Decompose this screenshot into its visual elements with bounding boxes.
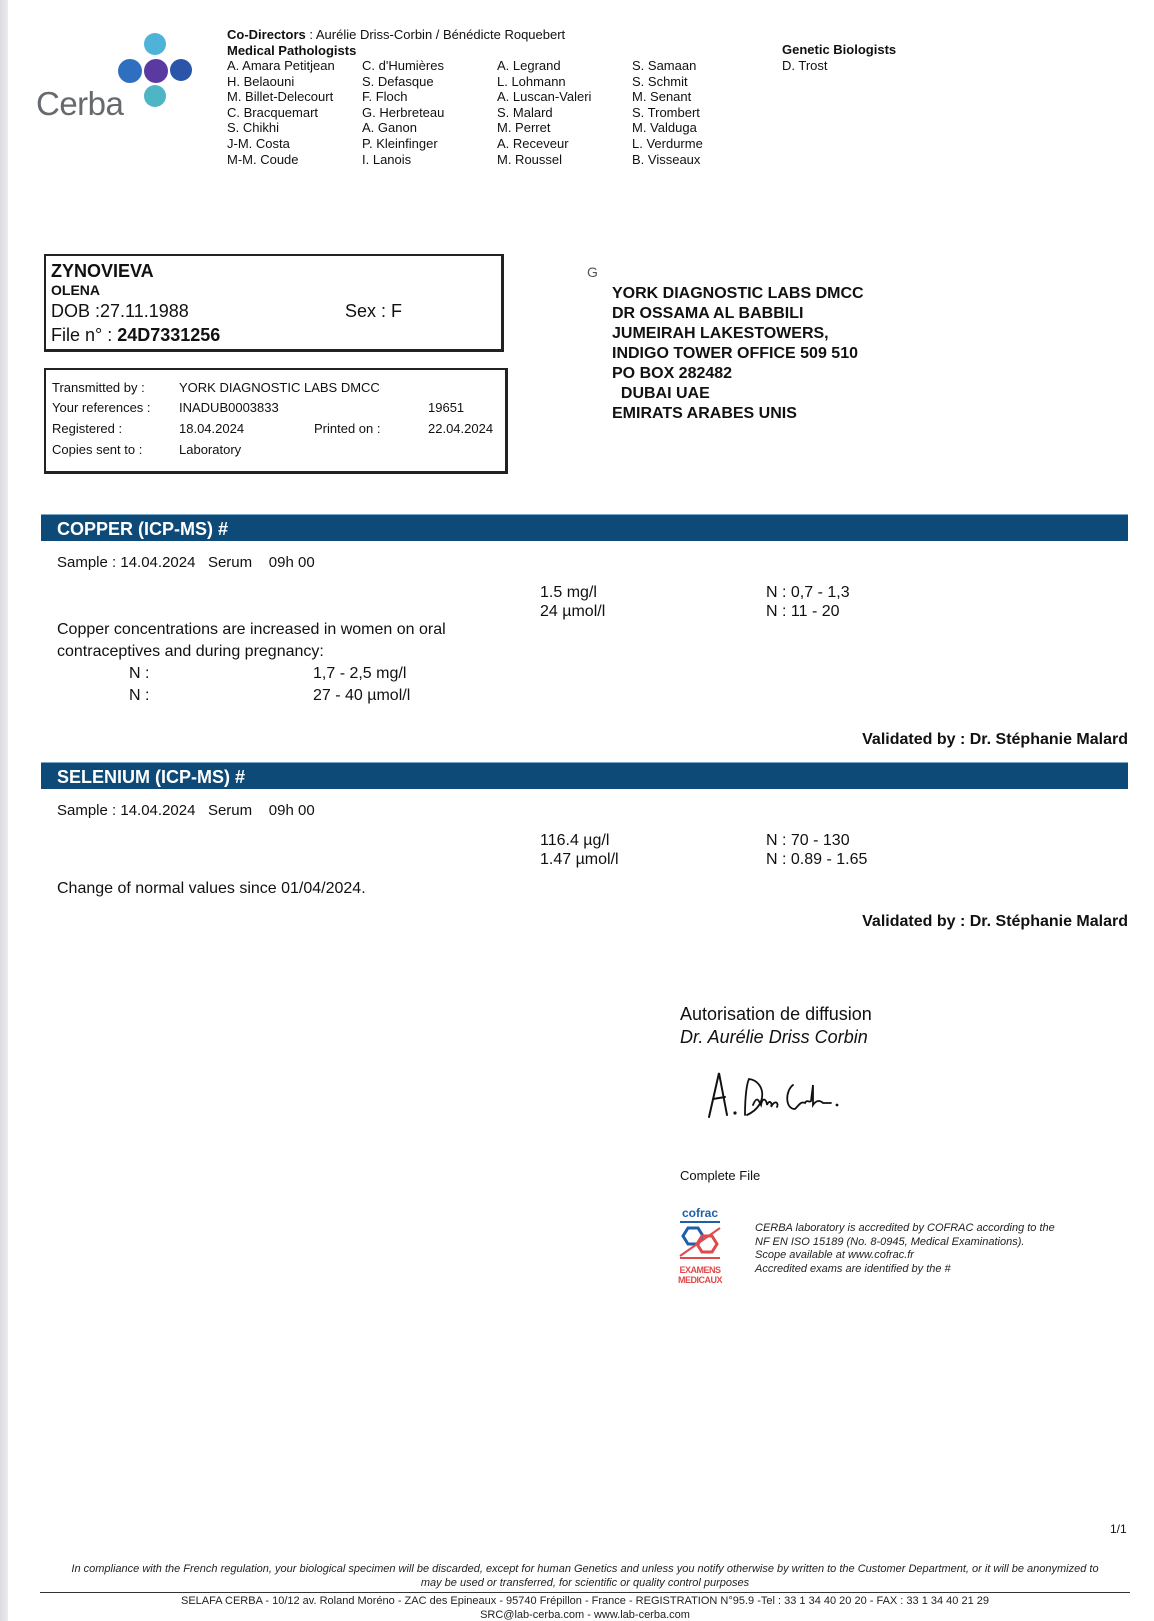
pathologist-name: M. Valduga [632, 120, 703, 136]
footer-divider [40, 1592, 1130, 1593]
page-number: 1/1 [1110, 1522, 1127, 1536]
accreditation-text: CERBA laboratory is accredited by COFRAC… [755, 1222, 1055, 1276]
pathologist-name: B. Visseaux [632, 152, 703, 168]
patient-dob-row: DOB :27.11.1988 Sex : F [51, 299, 501, 323]
file-number: 24D7331256 [117, 325, 220, 345]
pathologist-name: S. Chikhi [227, 120, 335, 136]
copper-norm-value-2: 27 - 40 µmol/l [313, 685, 410, 707]
copper-result-mg: 1.5 mg/l [540, 583, 597, 602]
cerba-logo: Cerba [36, 30, 196, 125]
legal-notice: In compliance with the French regulation… [40, 1563, 1130, 1590]
selenium-ref-ug: N : 70 - 130 [766, 831, 850, 850]
footer-address: SELAFA CERBA - 10/12 av. Roland Moréno -… [40, 1594, 1130, 1621]
pathologist-name: M. Billet-Delecourt [227, 89, 335, 105]
copper-norm-label-2: N : [129, 685, 149, 707]
pathologists-column-1: A. Amara PetitjeanH. BelaouniM. Billet-D… [227, 58, 335, 167]
selenium-sample-info: Sample : 14.04.2024 Serum 09h 00 [57, 802, 315, 819]
pathologist-name: P. Kleinfinger [362, 136, 444, 152]
pathologist-name: M. Roussel [497, 152, 591, 168]
pathologist-name: F. Floch [362, 89, 444, 105]
copper-sample-info: Sample : 14.04.2024 Serum 09h 00 [57, 554, 315, 571]
copper-norm-value-1: 1,7 - 2,5 mg/l [313, 663, 406, 685]
logo-dot-right [170, 59, 192, 81]
pathologist-name: A. Amara Petitjean [227, 58, 335, 74]
logo-dot-center [144, 59, 168, 83]
logo-dot-bottom [144, 85, 166, 107]
pathologist-name: M. Perret [497, 120, 591, 136]
pathologist-name: S. Malard [497, 105, 591, 121]
copper-comment: Copper concentrations are increased in w… [57, 619, 497, 663]
pathologist-name: C. Bracquemart [227, 105, 335, 121]
signature-image [705, 1065, 845, 1135]
selenium-validated-by: Validated by : Dr. Stéphanie Malard [862, 913, 1128, 931]
pathologists-column-2: C. d'HumièresS. DefasqueF. FlochG. Herbr… [362, 58, 444, 167]
logo-dot-top [144, 33, 166, 55]
pathologists-column-4: S. SamaanS. SchmitM. SenantS. TrombertM.… [632, 58, 703, 167]
pathologist-name: A. Ganon [362, 120, 444, 136]
pathologists-column-3: A. LegrandL. LohmannA. Luscan-ValeriS. M… [497, 58, 591, 167]
complete-file-label: Complete File [680, 1168, 760, 1183]
pathologist-name: S. Samaan [632, 58, 703, 74]
pathologist-name: H. Belaouni [227, 74, 335, 90]
pathologist-name: A. Receveur [497, 136, 591, 152]
section-copper-header: COPPER (ICP-MS) # [41, 514, 1128, 541]
transmission-info-box: Transmitted by : YORK DIAGNOSTIC LABS DM… [44, 368, 508, 474]
pathologist-name: J-M. Costa [227, 136, 335, 152]
patient-dob: 27.11.1988 [100, 301, 189, 321]
selenium-result-umol: 1.47 µmol/l [540, 850, 619, 869]
copper-ref-umol: N : 11 - 20 [766, 602, 840, 621]
patient-sex: Sex : F [345, 299, 402, 323]
copper-validated-by: Validated by : Dr. Stéphanie Malard [862, 731, 1128, 749]
co-directors: Co-Directors : Aurélie Driss-Corbin / Bé… [227, 27, 565, 58]
pathologist-name: I. Lanois [362, 152, 444, 168]
pathologist-name: A. Legrand [497, 58, 591, 74]
authorization-title: Autorisation de diffusion [680, 1004, 872, 1025]
patient-last-name: ZYNOVIEVA [51, 261, 501, 281]
cofrac-emblem-icon [678, 1220, 722, 1260]
pathologist-name: C. d'Humières [362, 58, 444, 74]
copper-ref-mg: N : 0,7 - 1,3 [766, 583, 850, 602]
cofrac-logo: cofrac EXAMENS MEDICAUX [678, 1207, 722, 1283]
patient-first-name: OLENA [51, 281, 501, 299]
pathologist-name: G. Herbreteau [362, 105, 444, 121]
selenium-comment: Change of normal values since 01/04/2024… [57, 878, 366, 900]
copper-norm-label-1: N : [129, 663, 149, 685]
section-selenium-header: SELENIUM (ICP-MS) # [41, 762, 1128, 789]
authorizing-doctor: Dr. Aurélie Driss Corbin [680, 1027, 868, 1048]
recipient-address: YORK DIAGNOSTIC LABS DMCC DR OSSAMA AL B… [612, 284, 864, 424]
pathologist-name: L. Verdurme [632, 136, 703, 152]
selenium-result-ug: 116.4 µg/l [540, 831, 609, 850]
genetic-biologists: Genetic Biologists D. Trost [782, 42, 896, 73]
logo-text: Cerba [36, 85, 123, 123]
pathologist-name: A. Luscan-Valeri [497, 89, 591, 105]
pathologist-name: M-M. Coude [227, 152, 335, 168]
pathologist-name: S. Defasque [362, 74, 444, 90]
logo-dot-left [118, 59, 142, 83]
footer-contact-link[interactable]: SRC@lab-cerba.com - www.lab-cerba.com [40, 1608, 1130, 1621]
pathologist-name: S. Trombert [632, 105, 703, 121]
patient-file-row: File n° : 24D7331256 [51, 323, 501, 347]
pathologist-name: L. Lohmann [497, 74, 591, 90]
copper-result-umol: 24 µmol/l [540, 602, 605, 621]
patient-box: ZYNOVIEVA OLENA DOB :27.11.1988 Sex : F … [44, 254, 504, 352]
medical-pathologists-heading: Medical Pathologists [227, 43, 356, 58]
pathologist-name: S. Schmit [632, 74, 703, 90]
selenium-ref-umol: N : 0.89 - 1.65 [766, 850, 867, 869]
pathologist-name: M. Senant [632, 89, 703, 105]
page-edge [0, 0, 8, 1621]
recipient-mark: G [587, 264, 598, 280]
